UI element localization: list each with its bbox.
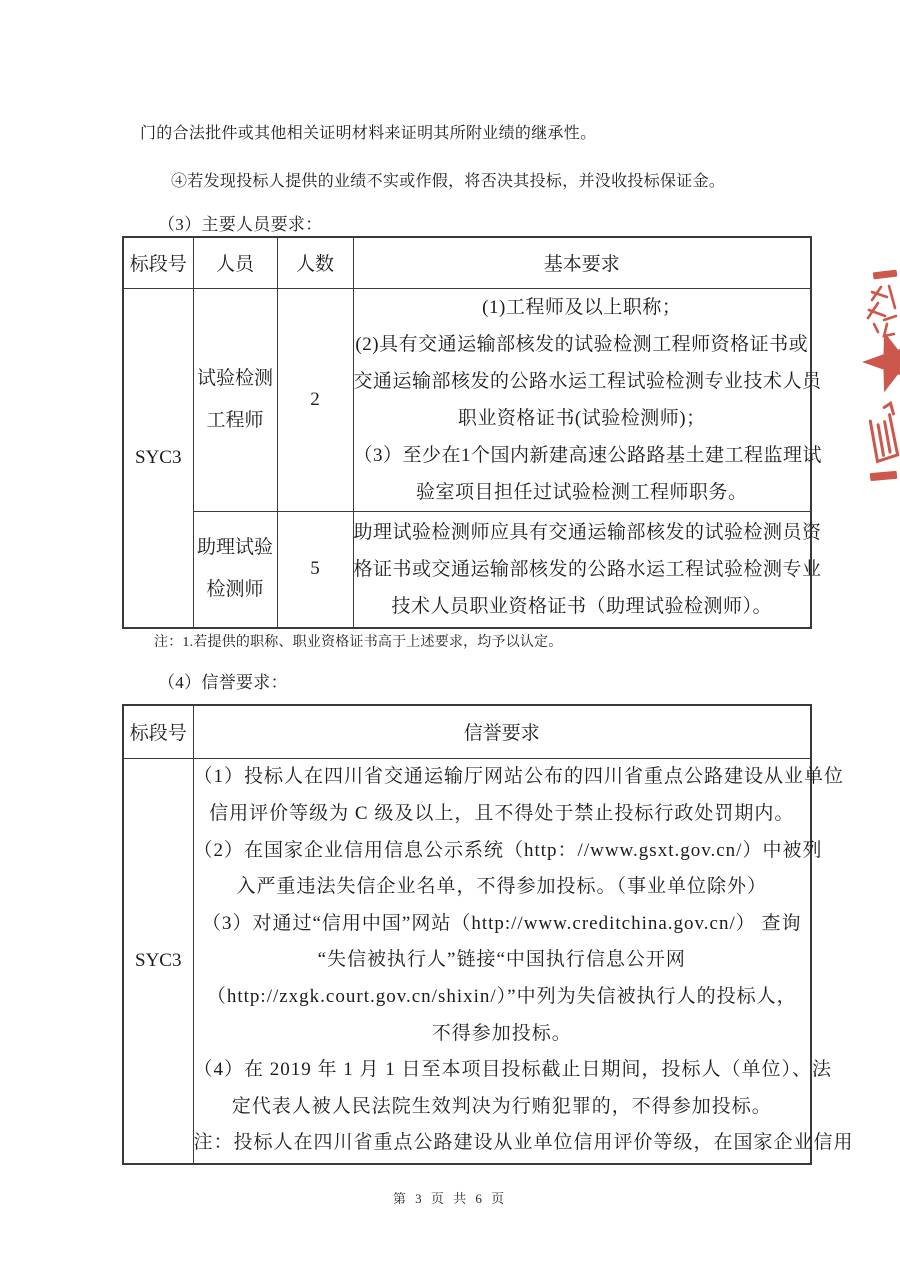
red-seal-fragment bbox=[854, 256, 900, 488]
cell-credit-requirements: （1）投标人在四川省交通运输厅网站公布的四川省重点公路建设从业单位 信用评价等级… bbox=[193, 758, 811, 1164]
personnel-table-header-row: 标段号 人员 人数 基本要求 bbox=[123, 237, 811, 288]
requirement-line: 职业资格证书(试验检测师)； bbox=[354, 400, 811, 437]
seal-border-mark bbox=[870, 471, 898, 481]
header-cell-credit-requirements: 信誉要求 bbox=[193, 705, 811, 758]
table-row: 助理试验 检测师 5 助理试验检测师应具有交通运输部核发的试验检测员资 格证书或… bbox=[123, 511, 811, 628]
personnel-table: 标段号 人员 人数 基本要求 SYC3 试验检测 工程师 2 (1)工程师及以上… bbox=[122, 236, 812, 629]
requirement-line: 格证书或交通运输部核发的公路水运工程试验检测专业 bbox=[354, 551, 811, 588]
page-number-footer: 第 3 页 共 6 页 bbox=[0, 1188, 900, 1207]
credit-line: （1）投标人在四川省交通运输厅网站公布的四川省重点公路建设从业单位 bbox=[194, 759, 811, 796]
requirement-line: 技术人员职业资格证书（助理试验检测师）。 bbox=[354, 588, 811, 625]
cell-requirements-assistant: 助理试验检测师应具有交通运输部核发的试验检测员资 格证书或交通运输部核发的公路水… bbox=[353, 511, 811, 628]
requirement-line: 交通运输部核发的公路水运工程试验检测专业技术人员 bbox=[354, 363, 811, 400]
header-cell-personnel: 人员 bbox=[193, 237, 277, 288]
role-line: 检测师 bbox=[194, 569, 277, 611]
section-4-heading: （4）信誉要求： bbox=[158, 668, 288, 693]
role-line: 试验检测 bbox=[194, 358, 277, 400]
credit-line: 入严重违法失信企业名单，不得参加投标。（事业单位除外） bbox=[194, 869, 811, 906]
credit-line: （2）在国家企业信用信息公示系统（http：//www.gsxt.gov.cn/… bbox=[194, 833, 811, 870]
header-cell-bid-section: 标段号 bbox=[123, 705, 193, 758]
continuation-paragraph: 门的合法批件或其他相关证明材料来证明其所附业绩的继承性。 bbox=[140, 120, 596, 143]
credit-line: （3）对通过“信用中国”网站（http://www.creditchina.go… bbox=[194, 906, 811, 943]
cell-count-assistant: 5 bbox=[277, 511, 353, 628]
cell-section-id: SYC3 bbox=[123, 758, 193, 1164]
table-row: SYC3 试验检测 工程师 2 (1)工程师及以上职称； (2)具有交通运输部核… bbox=[123, 288, 811, 511]
requirement-line: （3）至少在1个国内新建高速公路路基土建工程监理试 bbox=[354, 437, 811, 474]
requirement-line: 验室项目担任过试验检测工程师职务。 bbox=[354, 474, 811, 511]
header-cell-count: 人数 bbox=[277, 237, 353, 288]
table-row: SYC3 （1）投标人在四川省交通运输厅网站公布的四川省重点公路建设从业单位 信… bbox=[123, 758, 811, 1164]
cell-role-assistant: 助理试验 检测师 bbox=[193, 511, 277, 628]
personnel-table-note: 注：1.若提供的职称、职业资格证书高于上述要求，均予以认定。 bbox=[154, 631, 563, 651]
credit-line: （4）在 2019 年 1 月 1 日至本项目投标截止日期间，投标人（单位）、法 bbox=[194, 1052, 811, 1089]
seal-box-strokes bbox=[868, 403, 900, 461]
credit-table: 标段号 信誉要求 SYC3 （1）投标人在四川省交通运输厅网站公布的四川省重点公… bbox=[122, 704, 812, 1165]
requirement-line: (2)具有交通运输部核发的试验检测工程师资格证书或 bbox=[354, 326, 811, 363]
header-cell-basic-requirements: 基本要求 bbox=[353, 237, 811, 288]
cell-role-engineer: 试验检测 工程师 bbox=[193, 288, 277, 511]
requirement-line: (1)工程师及以上职称； bbox=[354, 289, 811, 326]
document-page: 门的合法批件或其他相关证明材料来证明其所附业绩的继承性。 ④若发现投标人提供的业… bbox=[0, 0, 900, 1272]
credit-line: 定代表人被人民法院生效判决为行贿犯罪的，不得参加投标。 bbox=[194, 1089, 811, 1126]
role-line: 工程师 bbox=[194, 400, 277, 442]
seal-border-mark bbox=[873, 270, 898, 280]
section-3-heading: （3）主要人员要求： bbox=[158, 210, 323, 235]
credit-table-header-row: 标段号 信誉要求 bbox=[123, 705, 811, 758]
seal-star-icon bbox=[862, 332, 900, 393]
credit-line: 信用评价等级为 C 级及以上，且不得处于禁止投标行政处罚期内。 bbox=[194, 796, 811, 833]
requirement-line: 助理试验检测师应具有交通运输部核发的试验检测员资 bbox=[354, 514, 811, 551]
role-line: 助理试验 bbox=[194, 527, 277, 569]
seal-character-strokes bbox=[868, 286, 896, 336]
credit-line: 不得参加投标。 bbox=[194, 1016, 811, 1053]
cell-requirements-engineer: (1)工程师及以上职称； (2)具有交通运输部核发的试验检测工程师资格证书或 交… bbox=[353, 288, 811, 511]
cell-section-id: SYC3 bbox=[123, 288, 193, 628]
cell-count-engineer: 2 bbox=[277, 288, 353, 511]
clause4-paragraph: ④若发现投标人提供的业绩不实或作假，将否决其投标，并没收投标保证金。 bbox=[171, 168, 725, 191]
credit-line: 注：投标人在四川省重点公路建设从业单位信用评价等级，在国家企业信用 bbox=[194, 1125, 811, 1162]
header-cell-bid-section: 标段号 bbox=[123, 237, 193, 288]
credit-line: “失信被执行人”链接“中国执行信息公开网 bbox=[194, 942, 811, 979]
credit-line: （http://zxgk.court.gov.cn/shixin/）”中列为失信… bbox=[194, 979, 811, 1016]
